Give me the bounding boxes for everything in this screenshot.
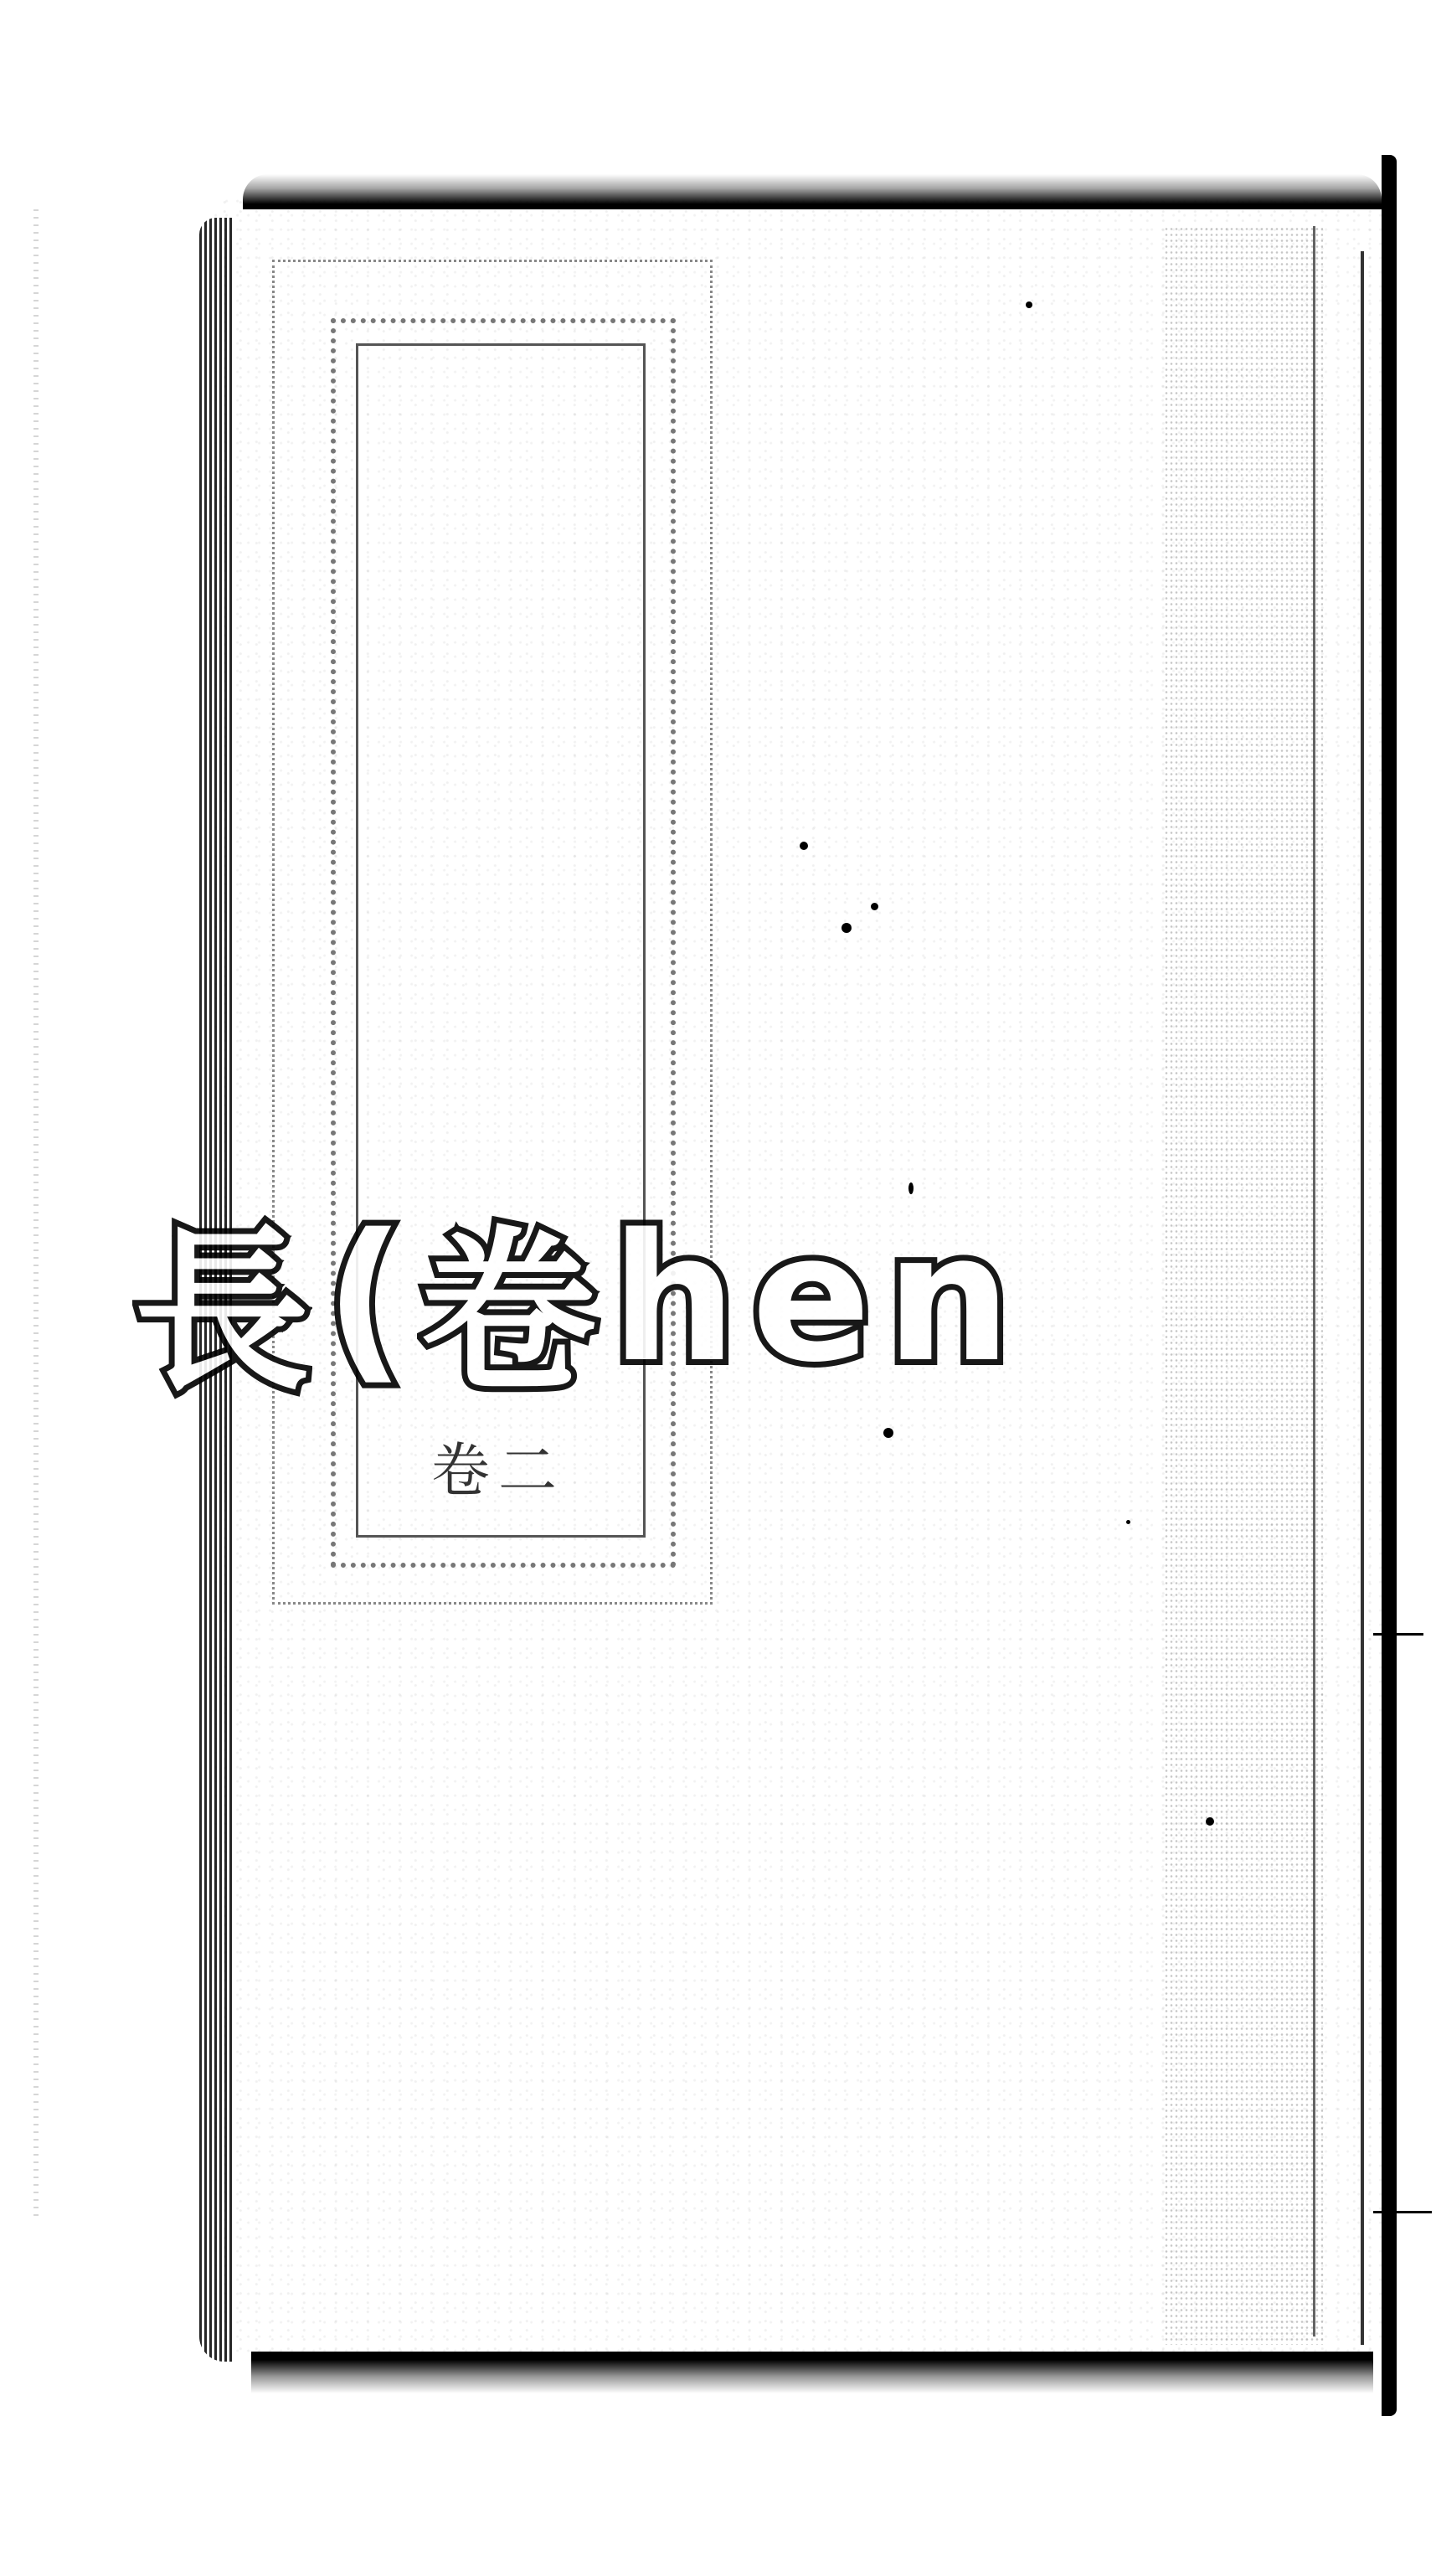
ink-spot xyxy=(1126,1520,1130,1524)
title-slip-main-title xyxy=(356,343,641,1533)
left-margin-speckle xyxy=(33,209,39,2219)
ink-spot xyxy=(871,903,878,910)
ink-spot xyxy=(1206,1817,1214,1826)
ink-spot xyxy=(883,1428,893,1438)
ink-spot xyxy=(908,1182,914,1194)
cover-fold-shading xyxy=(1164,226,1323,2345)
flap-tab-mark xyxy=(1373,1633,1423,1636)
cover-flap-edge xyxy=(1361,251,1364,2345)
cover-bottom-edge xyxy=(251,2352,1373,2393)
cover-spine-edge xyxy=(199,218,234,2362)
ink-spot xyxy=(842,923,852,933)
flap-tab-mark xyxy=(1373,2211,1432,2213)
ink-spot xyxy=(1026,301,1032,308)
cover-top-edge xyxy=(243,174,1382,209)
ink-spot xyxy=(800,842,808,850)
cover-right-edge xyxy=(1382,155,1397,2416)
scanned-page: 卷二 長 ( 卷 h e n xyxy=(0,0,1436,2576)
title-slip-volume-label: 卷二 xyxy=(368,1424,628,1508)
cover-fold-line xyxy=(1313,226,1315,2336)
